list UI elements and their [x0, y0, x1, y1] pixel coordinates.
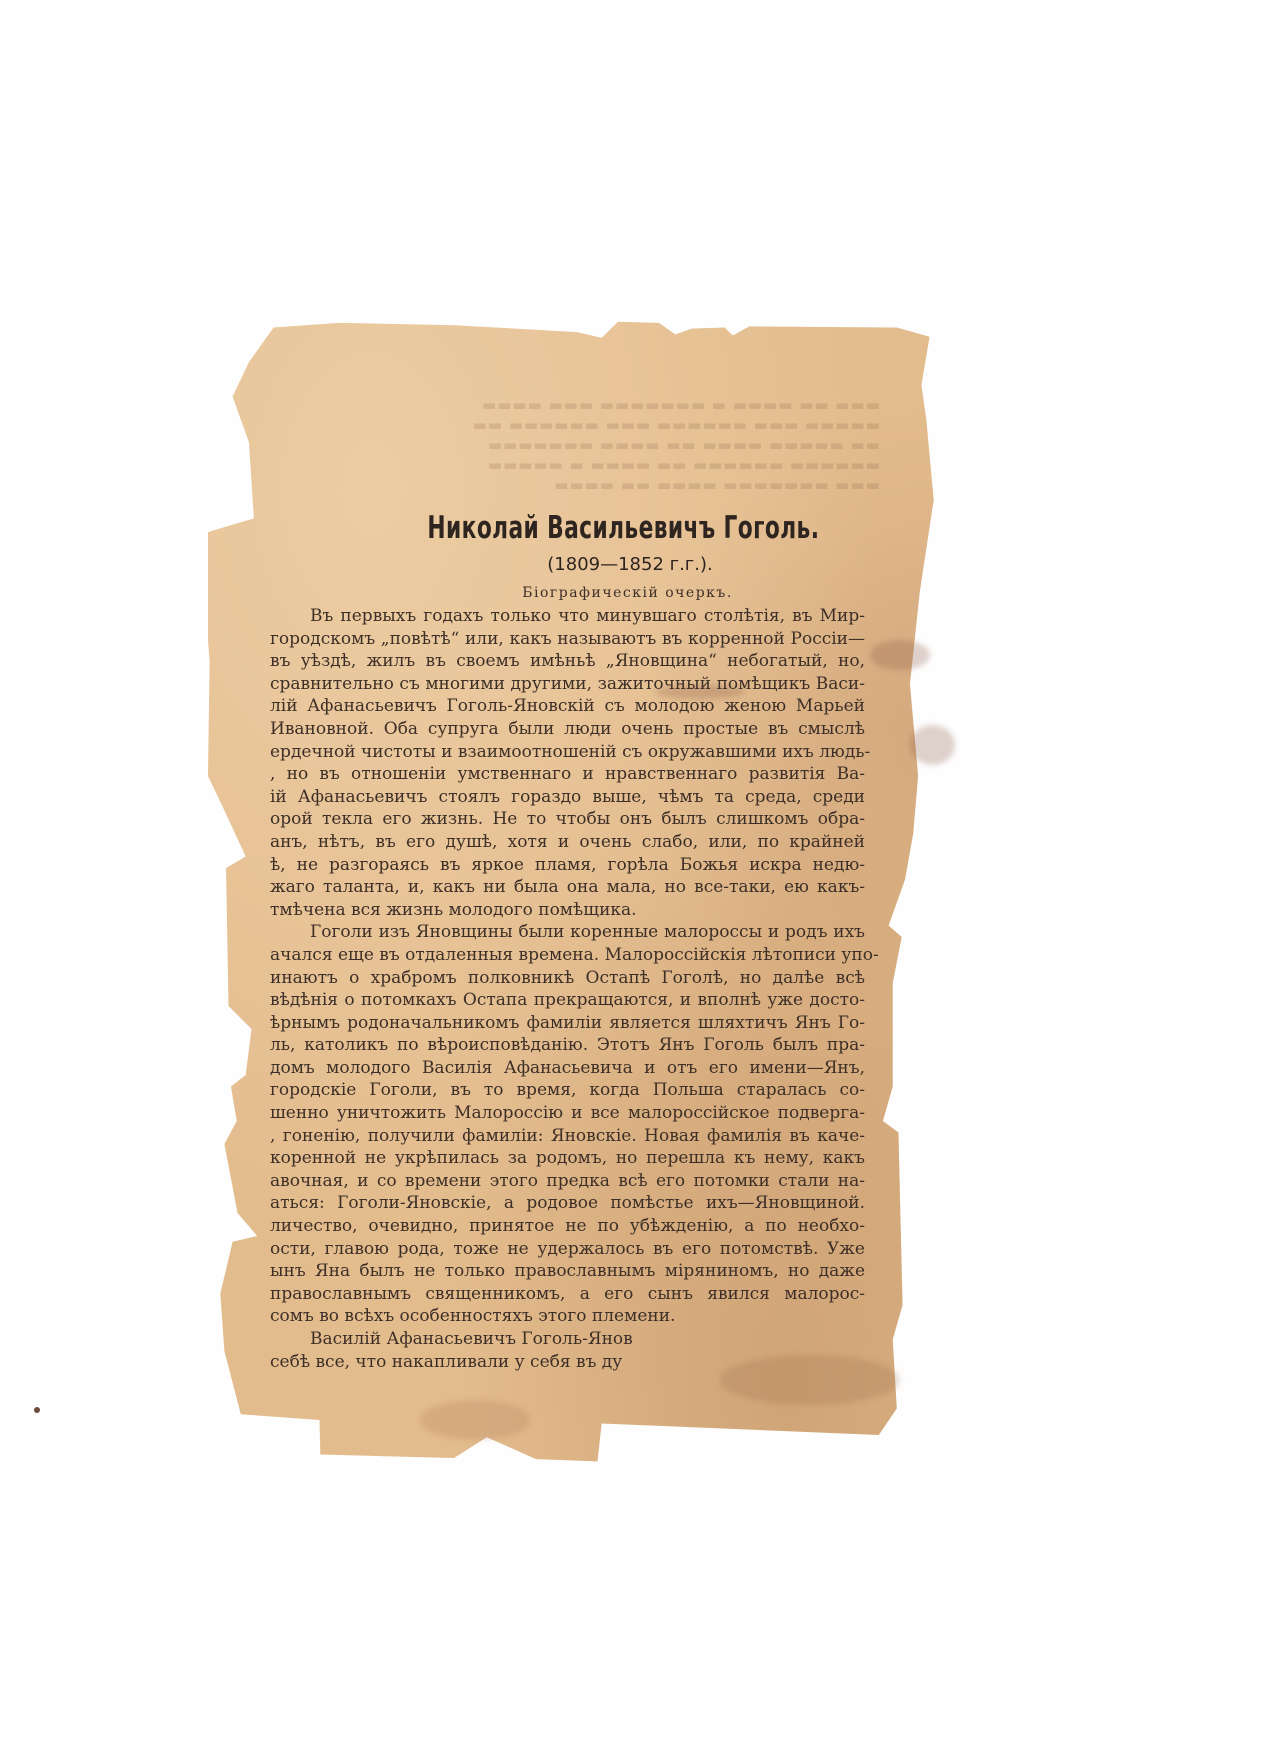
text-line: Ивановной. Оба супруга были люди очень п… [270, 718, 865, 741]
document: Николай Васильевичъ Гоголь. (1809—1852 г… [240, 440, 960, 1373]
text-line: коренной не укрѣпилась за родомъ, но пер… [270, 1147, 865, 1170]
text-line: себѣ все, что накапливали у себя въ ду [270, 1351, 865, 1374]
text-line: Василій Афанасьевичъ Гоголь-Янов [270, 1328, 865, 1351]
text-line: лій Афанасьевичъ Гоголь-Яновскій съ моло… [270, 695, 865, 718]
stray-mark [34, 1407, 40, 1413]
stain [420, 1400, 530, 1440]
document-title: Николай Васильевичъ Гоголь. [319, 440, 881, 546]
text-line: ѣ, не разгораясь въ яркое пламя, горѣла … [270, 854, 865, 877]
text-line: сравнительно съ многими другими, зажиточ… [270, 673, 865, 696]
text-line: ердечной чистоты и взаимоотношеній съ ок… [270, 741, 865, 764]
text-line: въ уѣздѣ, жилъ въ своемъ имѣньѣ „Яновщин… [270, 650, 865, 673]
text-line: аться: Гоголи-Яновскіе, а родовое помѣст… [270, 1192, 865, 1215]
text-line: ынъ Яна былъ не только православнымъ мір… [270, 1260, 865, 1283]
text-line: , но въ отношеніи умственнаго и нравстве… [270, 763, 865, 786]
text-line: ій Афанасьевичъ стоялъ гораздо выше, чѣм… [270, 786, 865, 809]
document-dates: (1809—1852 г.г.). [240, 554, 960, 575]
text-line: ости, главою рода, тоже не удержалось въ… [270, 1238, 865, 1261]
text-line: домъ молодого Василія Афанасьевича и отъ… [270, 1057, 865, 1080]
text-line: ѣрнымъ родоначальникомъ фамиліи является… [270, 1012, 865, 1035]
text-line: ачался еще въ отдаленныя времена. Малоро… [270, 944, 865, 967]
text-line: инаютъ о храбромъ полковникѣ Остапѣ Гого… [270, 967, 865, 990]
text-line: шенно уничтожить Малороссію и все малоро… [270, 1102, 865, 1125]
text-line: авочная, и со времени этого предка всѣ е… [270, 1170, 865, 1193]
text-line: тмѣчена вся жизнь молодого помѣщика. [270, 899, 865, 922]
text-line: православнымъ священникомъ, а его сынъ я… [270, 1283, 865, 1306]
text-line: городскіе Гоголи, въ то время, когда Пол… [270, 1079, 865, 1102]
text-line: жаго таланта, и, какъ ни была она мала, … [270, 876, 865, 899]
text-line: личество, очевидно, принятое не по убѣжд… [270, 1215, 865, 1238]
text-line: вѣдѣнія о потомкахъ Остапа прекращаются,… [270, 989, 865, 1012]
document-body: Въ первыхъ годахъ только что минувшаго с… [240, 605, 960, 1373]
text-line: сомъ во всѣхъ особенностяхъ этого племен… [270, 1305, 865, 1328]
text-line: Гоголи изъ Яновщины были коренные малоро… [270, 921, 865, 944]
text-line: ль, католикъ по вѣроисповѣданію. Этотъ Я… [270, 1034, 865, 1057]
document-subtitle: Біографическій очеркъ. [240, 585, 960, 601]
text-line: городскомъ „повѣтѣ“ или, какъ называютъ … [270, 628, 865, 651]
text-line: анъ, нѣтъ, въ его душѣ, хотя и очень сла… [270, 831, 865, 854]
text-line: , гоненію, получили фамиліи: Яновскіе. Н… [270, 1125, 865, 1148]
text-line: Въ первыхъ годахъ только что минувшаго с… [270, 605, 865, 628]
text-line: орой текла его жизнь. Не то чтобы онъ бы… [270, 808, 865, 831]
